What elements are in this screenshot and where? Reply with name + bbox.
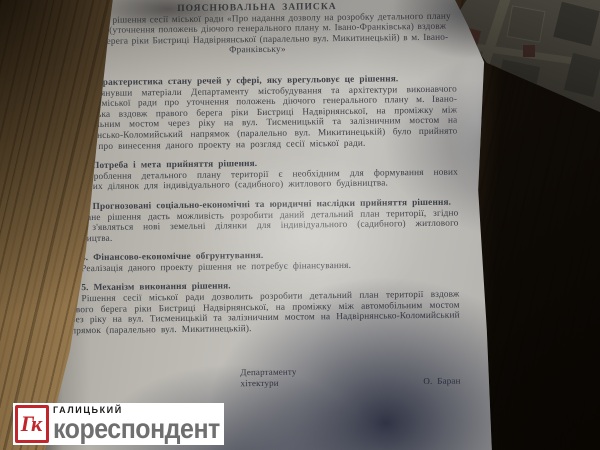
signature-position-line2: хітектури xyxy=(240,378,296,389)
section-1-body: Розглянувши матеріали Департаменту місто… xyxy=(59,84,458,152)
paper-document: ПОЯСНЮВАЛЬНА ЗАПИСКА до проекту рішення … xyxy=(40,0,495,450)
document-content: ПОЯСНЮВАЛЬНА ЗАПИСКА до проекту рішення … xyxy=(58,1,461,391)
signature-position-line1: Департаменту xyxy=(240,367,296,378)
signature-position: Департаменту хітектури xyxy=(240,367,296,389)
gk-monogram-icon: Гк xyxy=(15,405,49,443)
section-2-body: Розроблення детального плану території є… xyxy=(60,167,458,193)
document-subtitle: до проекту рішення сесії міської ради «П… xyxy=(58,11,456,58)
section-5-body: Рішення сесії міської ради дозволить роз… xyxy=(61,290,459,337)
watermark-logo: Гк ГАЛИЦЬКИЙ кореспондент xyxy=(13,403,224,445)
gk-monogram-letters: Гк xyxy=(21,411,39,437)
logo-main-label: кореспондент xyxy=(53,415,220,444)
photo-of-document: ПОЯСНЮВАЛЬНА ЗАПИСКА до проекту рішення … xyxy=(0,0,600,450)
logo-text: ГАЛИЦЬКИЙ кореспондент xyxy=(53,405,220,443)
section-3-body: Дане рішення дасть можливість розробити … xyxy=(60,208,458,245)
signature-name: О. Баран xyxy=(423,376,460,387)
